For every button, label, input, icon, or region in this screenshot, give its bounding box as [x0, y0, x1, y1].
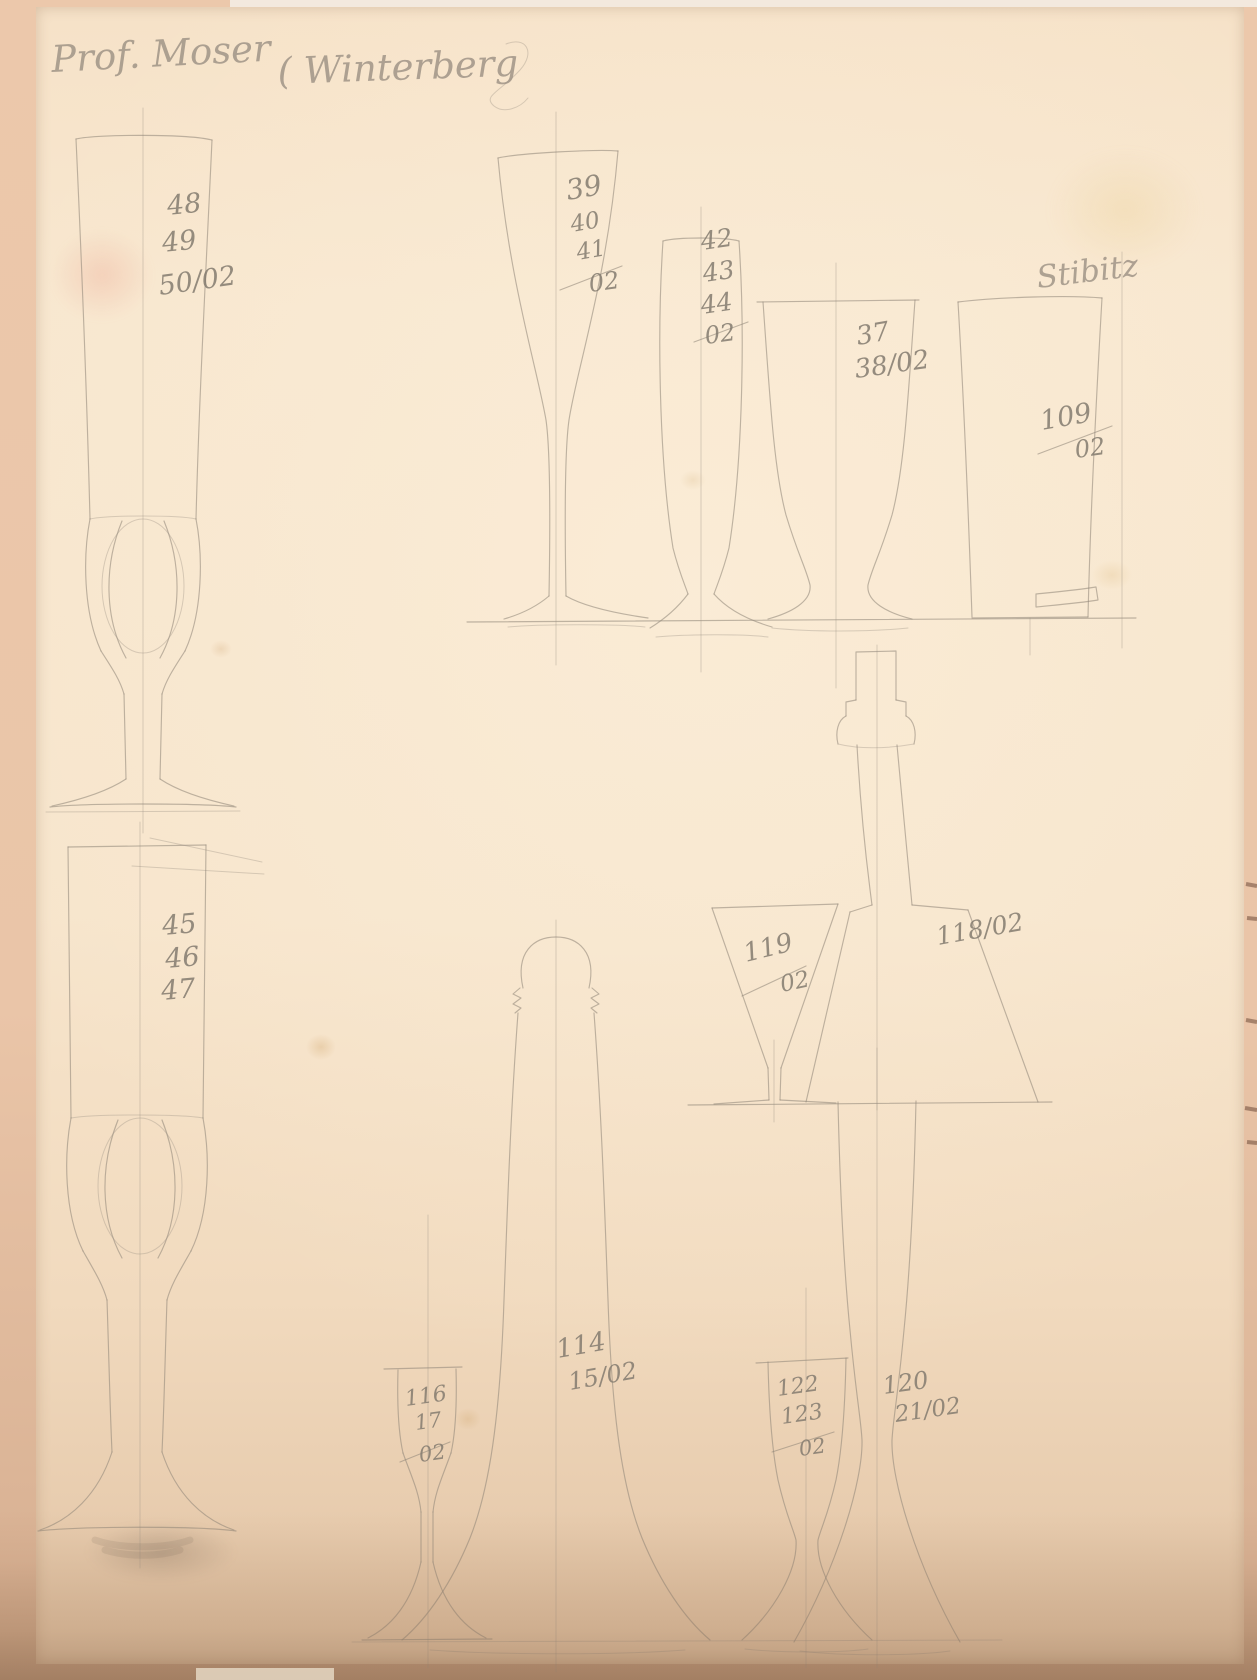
svg-text:114: 114	[554, 1327, 608, 1365]
bottom-edge-notch	[196, 1668, 334, 1680]
svg-text:45: 45	[160, 908, 198, 942]
pencil-drawing-layer: Prof. Moser ( Winterberg 48 4	[0, 0, 1257, 1680]
label-116-17: 116 17 02	[400, 1381, 450, 1467]
label-45-46-47: 45 46 47	[159, 908, 201, 1007]
svg-text:02: 02	[1073, 432, 1107, 464]
label-109: 109 02	[1038, 397, 1112, 464]
svg-text:21/02: 21/02	[892, 1393, 962, 1428]
flute-sketch-39: 39 40 41 02	[498, 112, 648, 665]
edge-marks	[1245, 884, 1257, 1143]
label-122-123: 122 123 02	[772, 1371, 834, 1461]
svg-text:02: 02	[417, 1439, 447, 1466]
label-120-21: 120 21/02	[881, 1366, 963, 1428]
svg-text:41: 41	[574, 235, 608, 266]
label-37-38: 37 38/02	[853, 317, 931, 385]
svg-text:40: 40	[568, 207, 602, 238]
svg-text:120: 120	[881, 1366, 930, 1400]
cordial-sketch-116: 116 17 02	[362, 1215, 492, 1668]
goblet-sketch-37: 37 38/02	[757, 263, 931, 688]
baseline-bottom-group	[352, 1640, 1002, 1642]
svg-text:02: 02	[797, 1433, 827, 1460]
inscription-author: Prof. Moser	[49, 26, 274, 81]
tumbler-sketch-109: Stibitz 109 02	[958, 248, 1141, 655]
svg-text:43: 43	[700, 255, 737, 288]
svg-text:02: 02	[587, 266, 621, 298]
inscription: Prof. Moser ( Winterberg	[49, 26, 528, 109]
label-114-15: 114 15/02	[554, 1327, 639, 1396]
svg-text:46: 46	[163, 941, 201, 975]
svg-text:118/02: 118/02	[934, 907, 1026, 951]
label-42-43-44: 42 43 44 02	[694, 223, 748, 350]
decanter-sketch-118: 118/02	[806, 645, 1038, 1110]
svg-text:123: 123	[779, 1399, 824, 1430]
label-119: 119 02	[740, 928, 811, 998]
flute-sketch-48: 48 49 50/02	[46, 108, 240, 833]
signature: Stibitz	[1035, 248, 1141, 296]
goblet-sketch-122: 122 123 02	[742, 1288, 872, 1668]
svg-text:39: 39	[563, 168, 604, 207]
bottle-sketch-114: 114 15/02	[402, 920, 710, 1672]
svg-text:17: 17	[413, 1407, 443, 1435]
baseline-top-group	[467, 618, 1136, 622]
beaker-sketch-45: 45 46 47	[38, 822, 264, 1568]
inscription-location: ( Winterberg	[277, 42, 519, 93]
svg-text:47: 47	[159, 973, 198, 1007]
svg-text:48: 48	[164, 188, 202, 223]
cocktail-sketch-119: 119 02	[712, 904, 838, 1122]
scanned-drawing-page: Prof. Moser ( Winterberg 48 4	[0, 0, 1257, 1680]
svg-text:44: 44	[698, 287, 735, 320]
label-39-40-41: 39 40 41 02	[560, 168, 622, 298]
goblet-sketch-120: 120 21/02	[794, 1048, 962, 1668]
label-118: 118/02	[934, 907, 1026, 951]
svg-text:15/02: 15/02	[566, 1356, 639, 1396]
svg-text:119: 119	[740, 928, 795, 969]
svg-text:50/02: 50/02	[157, 260, 238, 302]
svg-text:42: 42	[698, 223, 735, 256]
glass-sketch-42: 42 43 44 02	[650, 207, 772, 672]
svg-text:109: 109	[1038, 397, 1094, 436]
svg-text:122: 122	[775, 1371, 820, 1402]
svg-text:116: 116	[403, 1381, 448, 1412]
label-48-49-50: 48 49 50/02	[157, 188, 238, 302]
svg-text:49: 49	[159, 225, 197, 260]
svg-text:02: 02	[703, 318, 737, 350]
svg-text:37: 37	[854, 317, 892, 352]
